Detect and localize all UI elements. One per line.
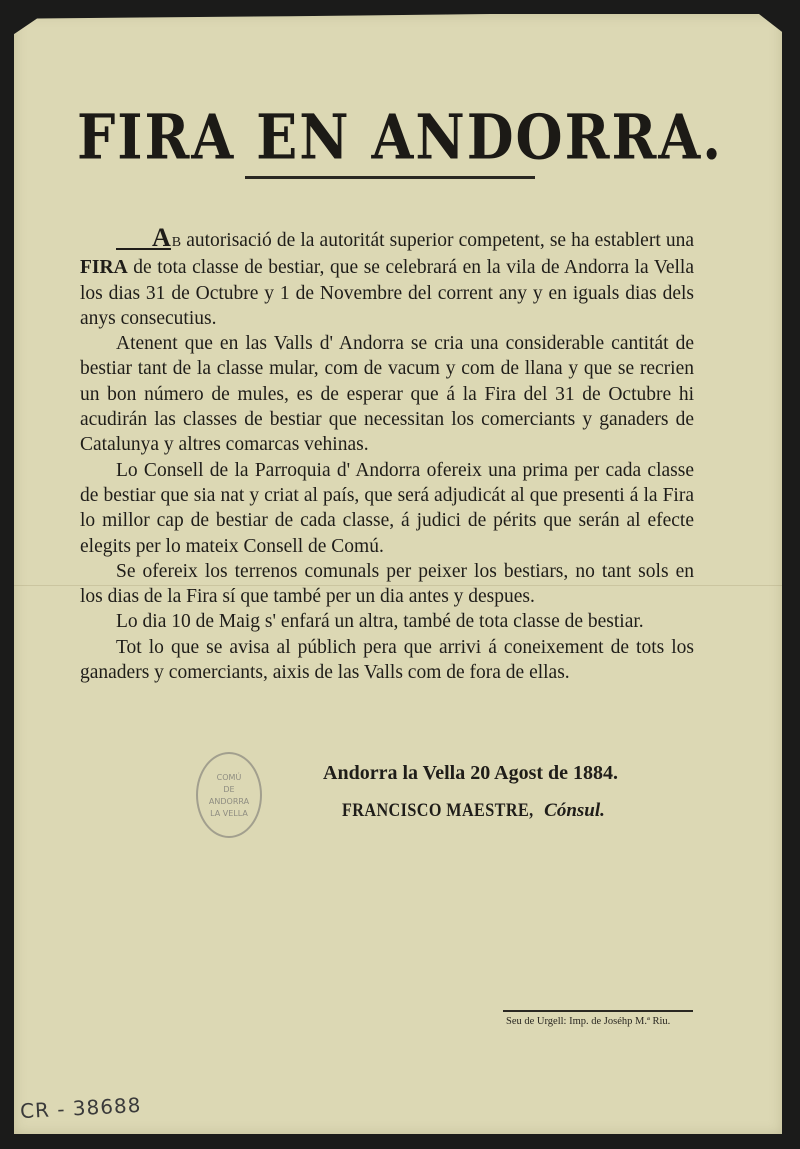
- stamp-line: ANDORRA: [209, 797, 249, 806]
- signatory-role: Cónsul.: [544, 800, 605, 821]
- paragraph-may-fair: Lo dia 10 de Maig s' enfará un altra, ta…: [80, 609, 694, 634]
- paragraph-notice: Tot lo que se avisa al públich pera que …: [80, 635, 694, 686]
- stamp-line: COMÚ: [217, 773, 242, 782]
- drop-cap: A: [116, 228, 171, 250]
- printer-rule: [503, 1010, 693, 1012]
- title-underline-rule: [245, 176, 535, 179]
- paragraph-authorization: AB autorisació de la autoritát superior …: [80, 228, 694, 331]
- stamp-line: DE: [223, 785, 234, 794]
- printer-imprint: Seu de Urgell: Imp. de Joséhp M.ª Riu.: [506, 1016, 670, 1027]
- announcement-body: AB autorisació de la autoritát superior …: [80, 228, 694, 685]
- paragraph-text: de tota classe de bestiar, que se celebr…: [80, 257, 694, 329]
- stamp-line: LA VELLA: [210, 809, 248, 818]
- paragraph-text: autorisació de la autoritát superior com…: [181, 230, 694, 251]
- dateline: Andorra la Vella 20 Agost de 1884.: [323, 762, 618, 785]
- signatory-name: FRANCISCO MAESTRE,: [342, 800, 534, 822]
- fira-emphasis: FIRA: [80, 257, 128, 278]
- official-seal-stamp: COMÚ DE ANDORRA LA VELLA: [196, 752, 262, 838]
- signature-block: FRANCISCO MAESTRE, Cónsul.: [342, 800, 605, 822]
- poster-title: FIRA EN ANDORRA.: [0, 100, 800, 174]
- paragraph-prize: Lo Consell de la Parroquia d' Andorra of…: [80, 458, 694, 559]
- drop-cap-continuation: B: [172, 235, 181, 250]
- paragraph-grazing: Se ofereix los terrenos comunals per pei…: [80, 559, 694, 610]
- paragraph-livestock: Atenent que en las Valls d' Andorra se c…: [80, 331, 694, 457]
